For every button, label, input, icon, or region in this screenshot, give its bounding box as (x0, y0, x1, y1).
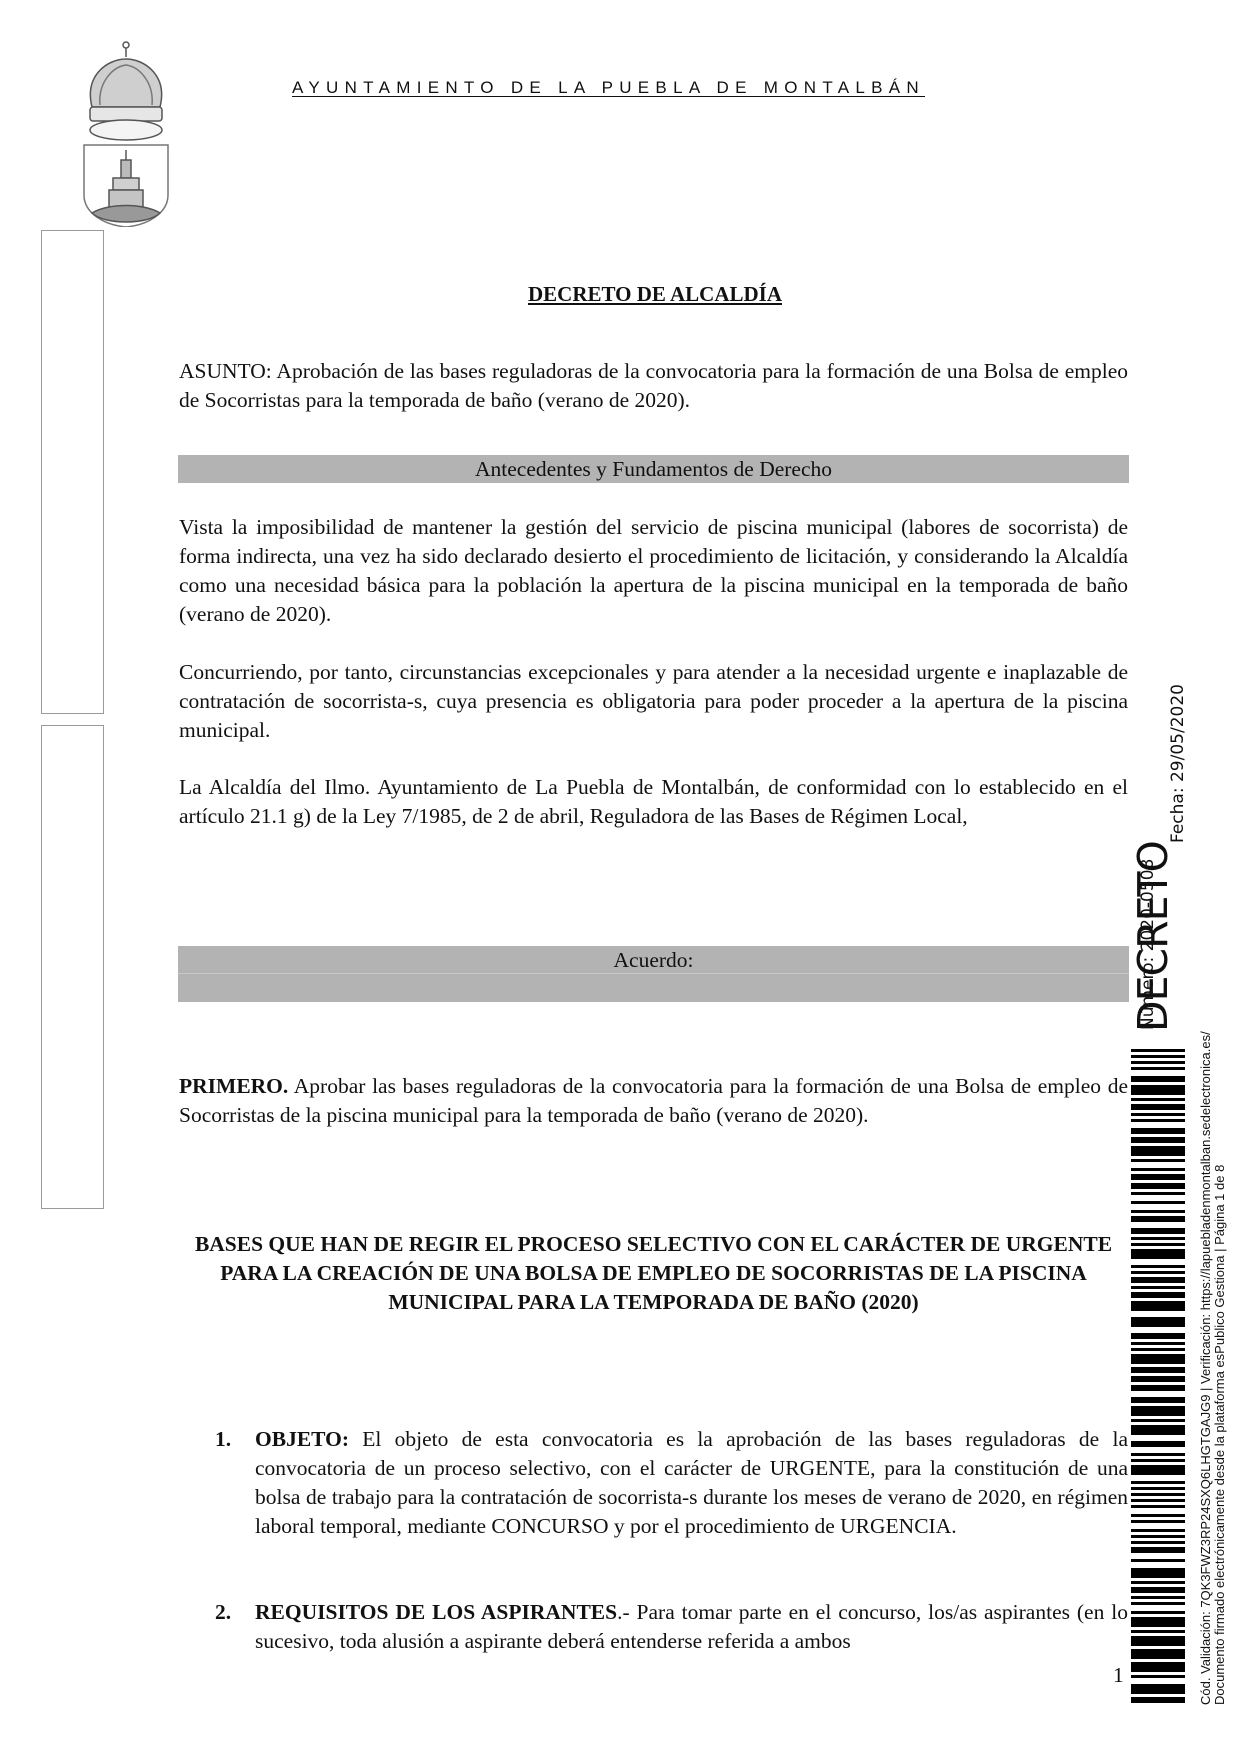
list-item-heading: REQUISITOS DE LOS ASPIRANTES (255, 1600, 617, 1624)
list-item-number: 2. (215, 1598, 231, 1627)
margin-registration-box (41, 725, 104, 1209)
section-acuerdo-header: Acuerdo: (178, 946, 1129, 1002)
section-acuerdo-label: Acuerdo: (178, 946, 1129, 974)
validation-code: Cód. Validación: 7QK3FWZ3RP24SXQ6LHGTGAJ… (1199, 1031, 1213, 1705)
list-item-text: El objeto de esta convocatoria es la apr… (255, 1427, 1128, 1538)
page-number: 1 (1113, 1663, 1124, 1688)
signature-note: Documento firmado electrónicamente desde… (1213, 1031, 1227, 1705)
body-paragraph: Concurriendo, por tanto, circunstancias … (179, 658, 1128, 745)
bases-title: BASES QUE HAN DE REGIR EL PROCESO SELECT… (179, 1230, 1128, 1317)
asunto-paragraph: ASUNTO: Aprobación de las bases regulado… (179, 357, 1128, 415)
body-paragraph: Vista la imposibilidad de mantener la ge… (179, 513, 1128, 629)
list-item-number: 1. (215, 1425, 231, 1454)
barcode-icon (1131, 1049, 1185, 1703)
primero-paragraph: PRIMERO. Aprobar las bases reguladoras d… (179, 1072, 1128, 1130)
list-item-heading: OBJETO: (255, 1427, 349, 1451)
coat-of-arms-icon (78, 35, 174, 227)
document-title: DECRETO DE ALCALDÍA (0, 282, 1240, 307)
primero-label: PRIMERO. (179, 1074, 288, 1098)
list-item: 1. OBJETO: El objeto de esta convocatori… (215, 1425, 1128, 1541)
stamp-numero: Número: 2020-0508 (1138, 859, 1158, 1030)
validation-footer: Cód. Validación: 7QK3FWZ3RP24SXQ6LHGTGAJ… (1199, 1031, 1227, 1705)
body-paragraph: La Alcaldía del Ilmo. Ayuntamiento de La… (179, 773, 1128, 831)
organization-header: AYUNTAMIENTO DE LA PUEBLA DE MONTALBÁN (292, 78, 925, 98)
list-item: 2. REQUISITOS DE LOS ASPIRANTES.- Para t… (215, 1598, 1128, 1656)
stamp-fecha: Fecha: 29/05/2020 (1168, 684, 1188, 843)
primero-text: Aprobar las bases reguladoras de la conv… (179, 1074, 1128, 1127)
section-antecedentes-header: Antecedentes y Fundamentos de Derecho (178, 455, 1129, 483)
